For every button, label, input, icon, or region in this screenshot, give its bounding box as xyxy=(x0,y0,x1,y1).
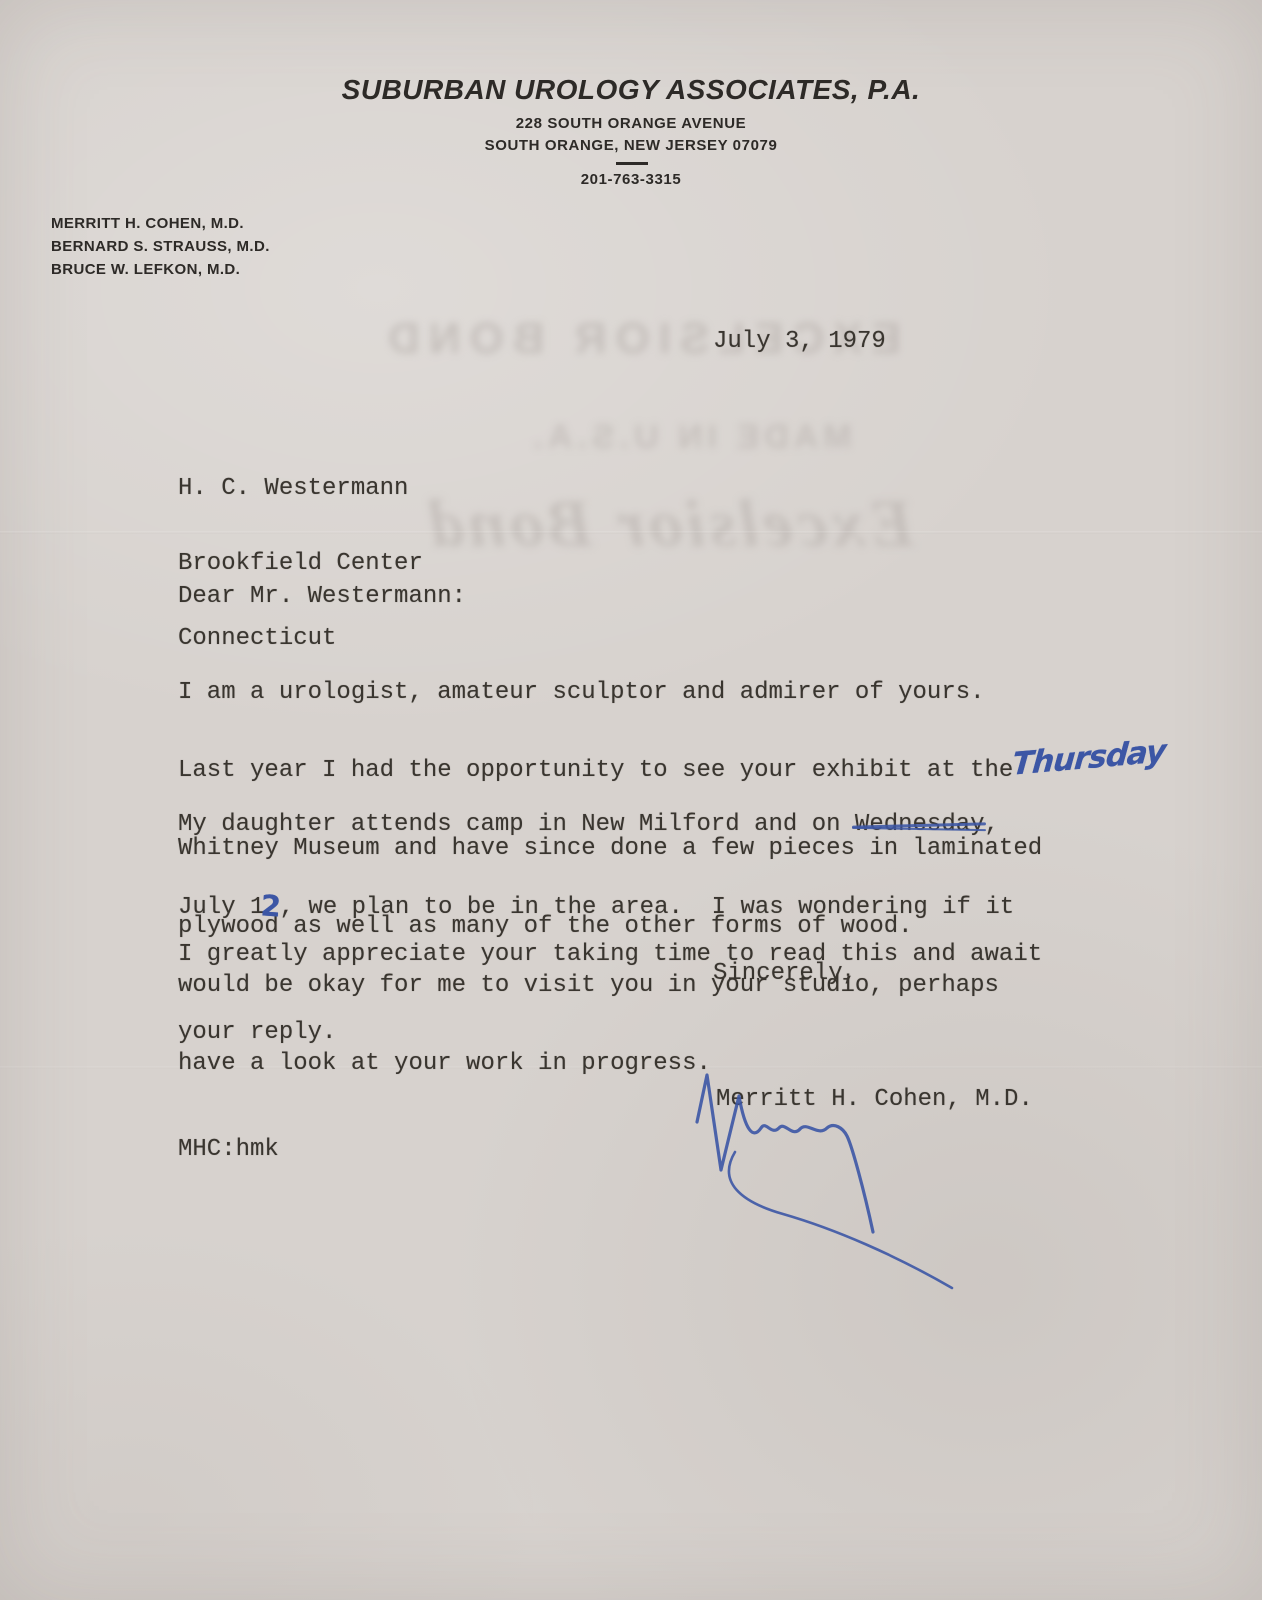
letterhead-phone: 201-763-3315 xyxy=(0,171,1262,188)
physician-name: MERRITT H. COHEN, M.D. xyxy=(51,212,270,235)
watermark-bleedthrough-line2: MADE IN U.S.A. xyxy=(465,418,915,457)
letter-page: EXCELSIOR BOND MADE IN U.S.A. Excelsior … xyxy=(0,0,1262,1600)
paragraph-3: I greatly appreciate your taking time to… xyxy=(178,890,1042,1098)
recipient-name: H. C. Westermann xyxy=(178,476,423,501)
salutation: Dear Mr. Westermann: xyxy=(178,583,466,610)
body-line: your reply. xyxy=(178,1020,1042,1046)
body-line: My daughter attends camp in New Milford … xyxy=(178,812,1014,838)
body-line: I greatly appreciate your taking time to… xyxy=(178,942,1042,968)
reference-initials: MHC:hmk xyxy=(178,1136,279,1163)
letterhead-divider xyxy=(616,162,648,165)
letterhead-address-line1: 228 SOUTH ORANGE AVENUE xyxy=(0,115,1262,132)
signer-typed-name: Merritt H. Cohen, M.D. xyxy=(716,1086,1033,1113)
physician-name: BRUCE W. LEFKON, M.D. xyxy=(51,258,270,281)
physician-name: BERNARD S. STRAUSS, M.D. xyxy=(51,235,270,258)
closing: Sincerely, xyxy=(713,960,857,987)
body-text: , xyxy=(985,811,999,838)
body-text: My daughter attends camp in New Milford … xyxy=(178,811,855,838)
letter-date: July 3, 1979 xyxy=(713,328,886,355)
body-line: I am a urologist, amateur sculptor and a… xyxy=(178,680,1042,706)
recipient-city: Brookfield Center xyxy=(178,551,423,576)
letterhead-practice-name: SUBURBAN UROLOGY ASSOCIATES, P.A. xyxy=(0,74,1262,106)
letterhead-address-line2: SOUTH ORANGE, NEW JERSEY 07079 xyxy=(0,137,1262,154)
struck-out-word: Wednesday xyxy=(855,812,985,838)
physician-name-list: MERRITT H. COHEN, M.D. BERNARD S. STRAUS… xyxy=(51,212,270,281)
